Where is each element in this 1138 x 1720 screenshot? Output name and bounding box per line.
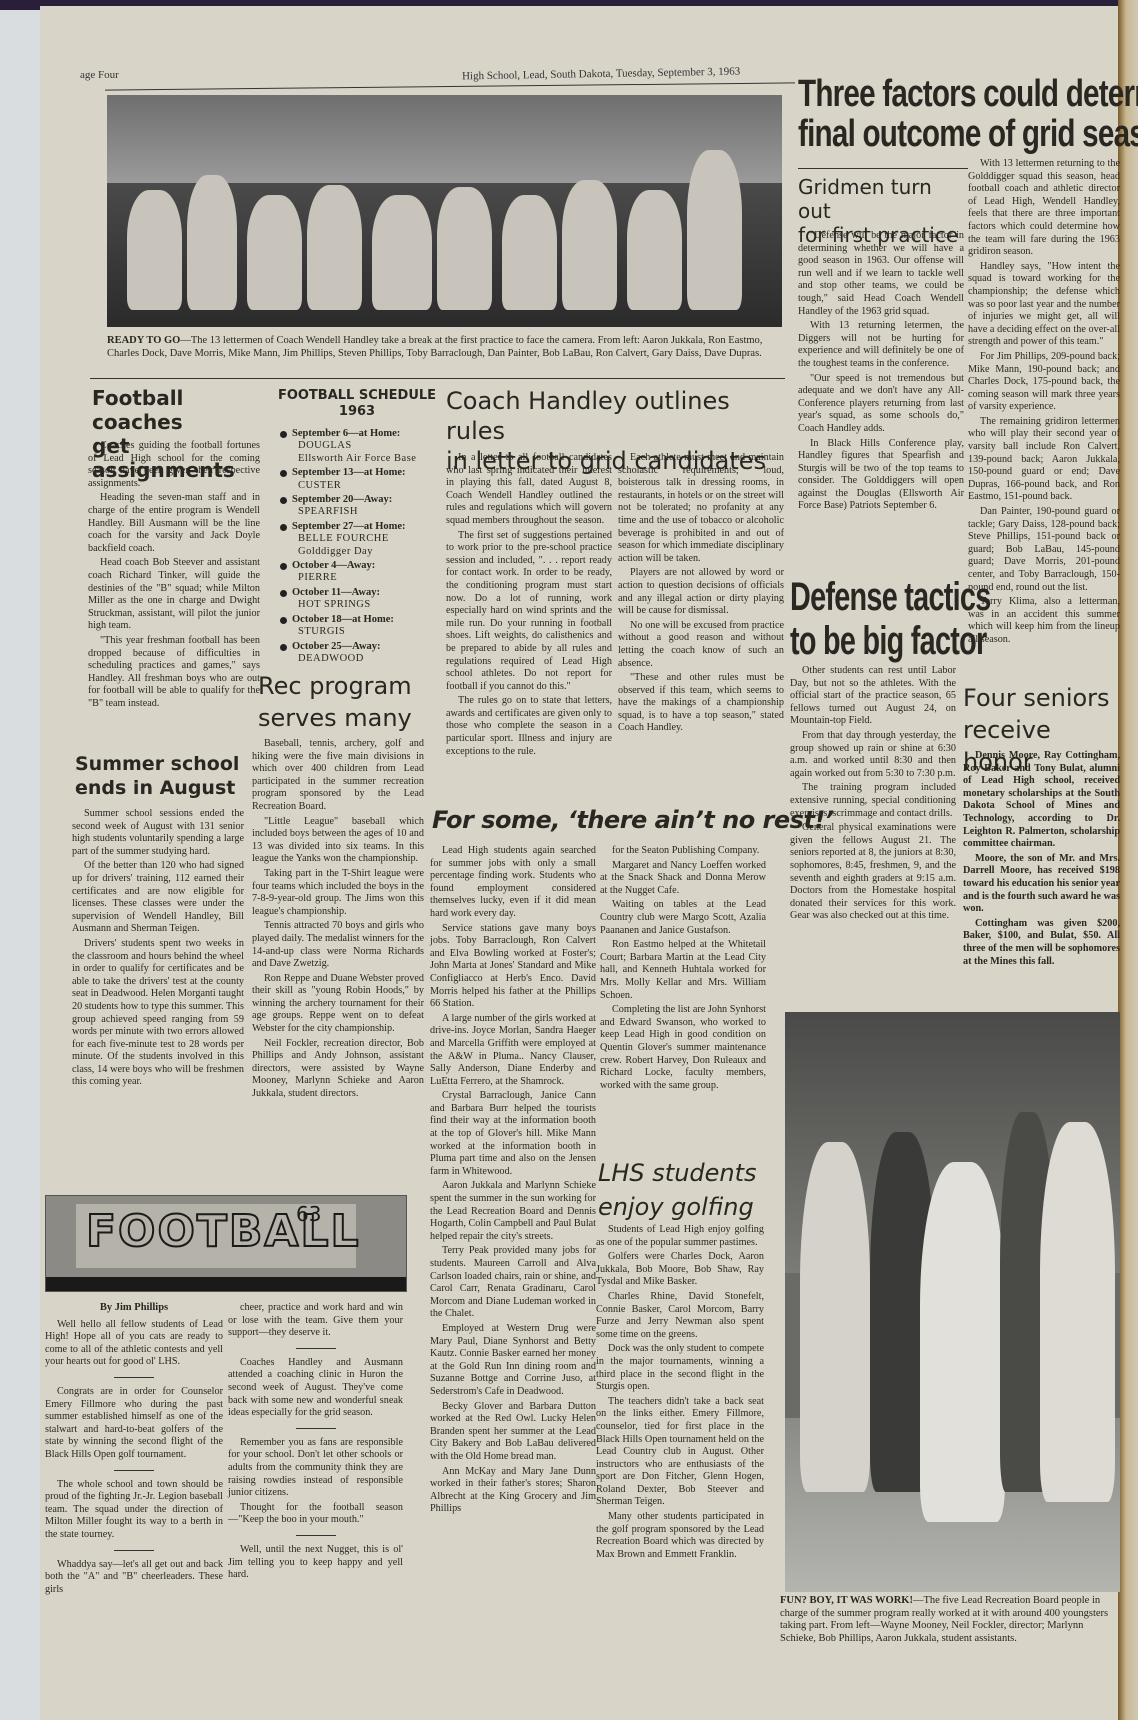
- three-factors-article: With 13 lettermen returning to the Goldd…: [968, 158, 1120, 649]
- coaches-article: Coaches guiding the football fortunes of…: [88, 440, 260, 712]
- schedule-row: September 20—Away:SPEARFISH: [278, 494, 443, 519]
- golfing-article: Students of Lead High enjoy golfing as o…: [596, 1224, 764, 1563]
- summer-school-article: Summer school sessions ended the second …: [72, 808, 244, 1091]
- football-schedule: September 6—at Home:DOUGLASEllsworth Air…: [278, 428, 443, 667]
- byline: By Jim Phillips: [45, 1302, 223, 1315]
- defense-article: Other students can rest until Labor Day,…: [790, 665, 956, 925]
- team-photo: [107, 95, 782, 327]
- defense-headline: Defense tactics to be big factor: [790, 575, 991, 663]
- schedule-row: September 6—at Home:DOUGLASEllsworth Air…: [278, 428, 443, 465]
- schedule-row: October 25—Away:DEADWOOD: [278, 641, 443, 666]
- separator: [296, 1535, 336, 1536]
- separator: [114, 1377, 154, 1378]
- scan-left-margin: [0, 10, 40, 1720]
- main-headline: Three factors could determine final outc…: [798, 74, 1138, 154]
- separator: [296, 1348, 336, 1349]
- separator: [296, 1428, 336, 1429]
- no-rest-col2: for the Seaton Publishing Company. Marga…: [600, 845, 766, 1094]
- football-column-col2: cheer, practice and work hard and win or…: [228, 1302, 403, 1584]
- rec-board-photo-caption: FUN? BOY, IT WAS WORK!—The five Lead Rec…: [780, 1595, 1120, 1645]
- separator: [114, 1550, 154, 1551]
- no-rest-col1: Lead High students again searched for su…: [430, 845, 596, 1518]
- headline-rule: [798, 168, 968, 169]
- bullet-icon: [280, 617, 287, 624]
- rec-program-article: Baseball, tennis, archery, golf and hiki…: [252, 738, 424, 1103]
- handley-rules-col1: In a letter to all football candidates w…: [446, 452, 612, 760]
- schedule-title: FOOTBALL SCHEDULE 1963: [272, 388, 442, 420]
- schedule-row: September 13—at Home:CUSTER: [278, 467, 443, 492]
- caption-lead: READY TO GO: [107, 335, 180, 346]
- caption-text: —The 13 lettermen of Coach Wendell Handl…: [107, 335, 762, 359]
- gridmen-article: "Defense will be the major factor in det…: [798, 230, 964, 515]
- page-label: age Four: [80, 69, 119, 81]
- schedule-row: September 27—at Home:BELLE FOURCHEGolddi…: [278, 521, 443, 558]
- bullet-icon: [280, 590, 287, 597]
- bullet-icon: [280, 563, 287, 570]
- schedule-row: October 4—Away:PIERRE: [278, 560, 443, 585]
- caption-lead: FUN? BOY, IT WAS WORK!: [780, 1595, 913, 1606]
- bullet-icon: [280, 431, 287, 438]
- adjacent-page-edge: [1118, 0, 1138, 1720]
- section-rule: [90, 378, 785, 379]
- summer-school-headline: Summer school ends in August: [75, 752, 245, 800]
- team-photo-caption: READY TO GO—The 13 lettermen of Coach We…: [107, 335, 787, 360]
- schedule-row: October 18—at Home:STURGIS: [278, 614, 443, 639]
- no-rest-headline: For some, ‘there ain’t no rest!’: [432, 806, 792, 834]
- rec-program-headline: Rec program serves many: [258, 670, 438, 734]
- schedule-row: October 11—Away:HOT SPRINGS: [278, 587, 443, 612]
- bullet-icon: [280, 524, 287, 531]
- bullet-icon: [280, 470, 287, 477]
- separator: [114, 1470, 154, 1471]
- bullet-icon: [280, 644, 287, 651]
- bullet-icon: [280, 497, 287, 504]
- four-seniors-article: Dennis Moore, Ray Cottingham, Roy Baker …: [963, 750, 1120, 970]
- handley-rules-col2: Each athlete must meet and maintain scho…: [618, 452, 784, 737]
- football-column-banner: FOOTBALL 63: [45, 1195, 407, 1292]
- rec-board-photo: [785, 1012, 1120, 1592]
- golfing-headline: LHS students enjoy golfing: [598, 1156, 778, 1224]
- banner-year: 63: [296, 1202, 321, 1226]
- football-column-col1: By Jim Phillips Well hello all fellow st…: [45, 1302, 223, 1598]
